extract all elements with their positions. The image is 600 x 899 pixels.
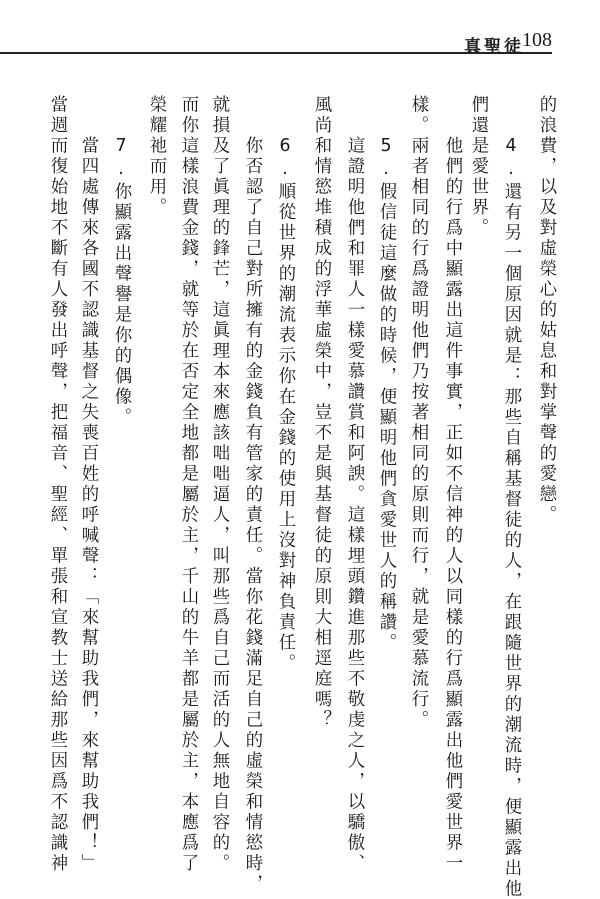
text-column-14: 7.你顯露出聲譽是你的偶像。 <box>111 136 131 428</box>
text-column-4: 他們的行爲中顯露出這件事實，正如不信神的人以同樣的行爲顯露出他們愛世界一 <box>442 136 462 874</box>
text-column-12: 而你這樣浪費金錢，就等於在否定全地都是屬於主，千山的牛羊都是屬於主，本應爲了 <box>178 95 198 874</box>
text-column-10: 你否認了自己對所擁有的金錢負有管家的責任。當你花錢滿足自己的虛榮和情慾時， <box>242 136 262 895</box>
text-column-2: 4.還有另一個原因就是：那些自稱基督徒的人，在跟隨世界的潮流時，便顯露出他 <box>501 136 521 899</box>
text-column-7: 這證明他們和罪人一樣愛慕讚賞和阿諛。這樣埋頭鑽進那些不敬虔之人，以驕傲、 <box>344 136 364 874</box>
page-body: 的浪費，以及對虛榮心的姑息和對掌聲的愛戀。 4.還有另一個原因就是：那些自稱基督… <box>0 0 600 899</box>
text-column-8: 風尚和情慾堆積成的浮華虛榮中，豈不是與基督徒的原則大相逕庭嗎？ <box>311 95 331 731</box>
text-column-11: 就損及了眞理的鋒芒，這眞理本來應該咄咄逼人，叫那些爲自己而活的人無地自容的。 <box>209 95 229 874</box>
text-column-3: 們還是愛世界。 <box>468 95 488 239</box>
text-column-5: 樣。兩者相同的行爲證明他們乃按著相同的原則而行，就是愛慕流行。 <box>408 95 428 731</box>
text-column-9: 6.順從世界的潮流表示你在金錢的使用上沒對神負責任。 <box>275 136 295 674</box>
text-column-13: 榮耀祂而用。 <box>146 95 166 218</box>
text-column-1: 的浪費，以及對虛榮心的姑息和對掌聲的愛戀。 <box>536 95 556 526</box>
text-column-16: 當週而復始地不斷有人發出呼聲，把福音、聖經、單張和宣教士送給那些因爲不認識神 <box>47 95 67 874</box>
text-column-15: 當四處傳來各國不認識基督之失喪百姓的呼喊聲：「來幫助我們，來幫助我們！」 <box>78 136 98 874</box>
text-column-6: 5.假信徒這麼做的時候，便顯明他們貪愛世人的稱讚。 <box>376 136 396 654</box>
